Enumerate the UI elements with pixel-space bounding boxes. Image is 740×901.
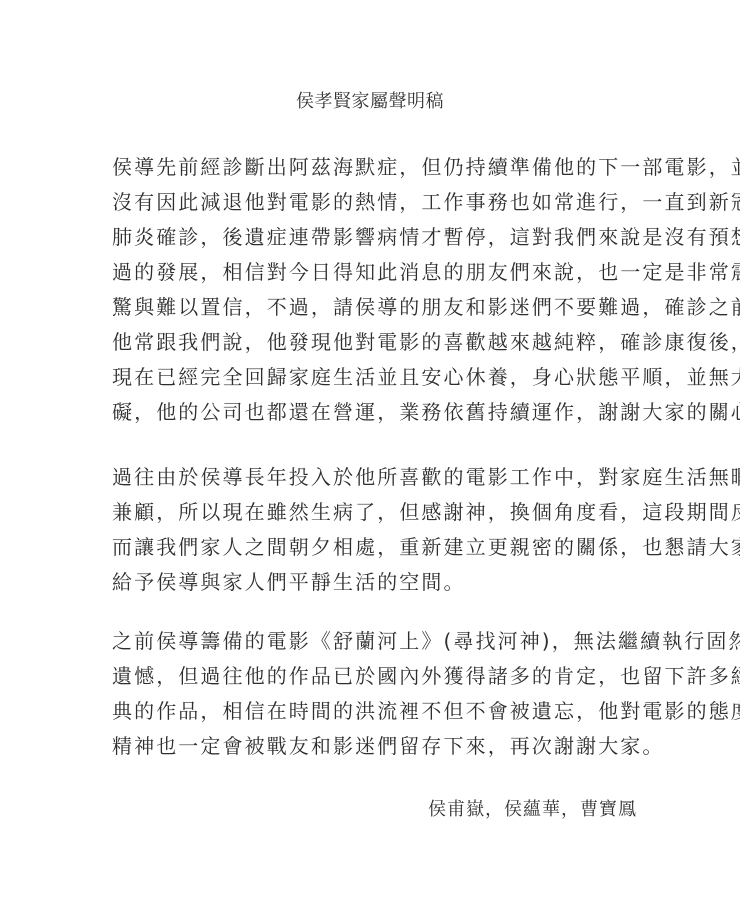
text-line: 之前侯導籌備的電影《舒蘭河上》(尋找河神)，無法繼續執行固然 <box>112 624 740 659</box>
text-line: 礙，他的公司也都還在營運，業務依舊持續運作，謝謝大家的關心。 <box>112 395 740 430</box>
text-line: 精神也一定會被戰友和影迷們留存下來，再次謝謝大家。 <box>112 729 740 764</box>
text-line: 典的作品，相信在時間的洪流裡不但不會被遺忘，他對電影的態度、 <box>112 694 740 729</box>
document-title: 侯孝賢家屬聲明稿 <box>0 90 740 114</box>
text-line: 現在已經完全回歸家庭生活並且安心休養，身心狀態平順，並無大 <box>112 360 740 395</box>
signature: 侯甫嶽，侯蘊華，曹寶鳳 <box>428 798 637 822</box>
paragraph-3: 之前侯導籌備的電影《舒蘭河上》(尋找河神)，無法繼續執行固然 遺憾，但過往他的作… <box>112 624 740 764</box>
text-line: 而讓我們家人之間朝夕相處，重新建立更親密的關係，也懇請大家 <box>112 530 740 565</box>
text-line: 過往由於侯導長年投入於他所喜歡的電影工作中，對家庭生活無暇 <box>112 460 740 495</box>
text-line: 遺憾，但過往他的作品已於國內外獲得諸多的肯定，也留下許多經 <box>112 659 740 694</box>
text-line: 侯導先前經診斷出阿茲海默症，但仍持續準備他的下一部電影，並 <box>112 150 740 185</box>
text-line: 驚與難以置信，不過，請侯導的朋友和影迷們不要難過，確診之前 <box>112 290 740 325</box>
text-line: 給予侯導與家人們平靜生活的空間。 <box>112 565 740 600</box>
paragraph-1: 侯導先前經診斷出阿茲海默症，但仍持續準備他的下一部電影，並 沒有因此減退他對電影… <box>112 150 740 430</box>
text-line: 兼顧，所以現在雖然生病了，但感謝神，換個角度看，這段期間反 <box>112 495 740 530</box>
text-line: 肺炎確診，後遺症連帶影響病情才暫停，這對我們來說是沒有預想 <box>112 220 740 255</box>
text-line: 過的發展，相信對今日得知此消息的朋友們來說，也一定是非常震 <box>112 255 740 290</box>
text-line: 他常跟我們說，他發現他對電影的喜歡越來越純粹，確診康復後， <box>112 325 740 360</box>
paragraph-2: 過往由於侯導長年投入於他所喜歡的電影工作中，對家庭生活無暇 兼顧，所以現在雖然生… <box>112 460 740 600</box>
text-line: 沒有因此減退他對電影的熱情，工作事務也如常進行，一直到新冠 <box>112 185 740 220</box>
